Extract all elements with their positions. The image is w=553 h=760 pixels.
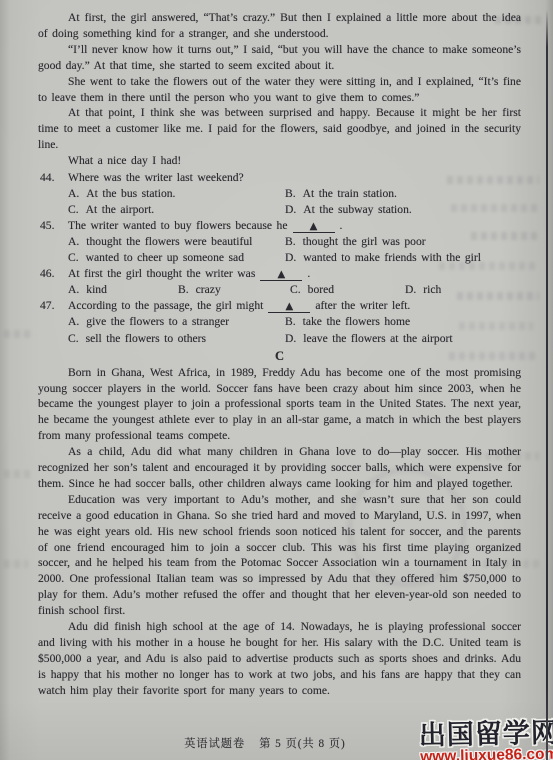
option-label: C. (290, 283, 301, 296)
passage-paragraph: Born in Ghana, West Africa, in 1989, Fre… (38, 365, 521, 445)
bleed-through-smudge (4, 330, 30, 338)
option-label: A. (68, 235, 79, 248)
option-b: B.take the flowers home (285, 314, 410, 330)
question-text: . (340, 219, 343, 232)
option-label: C. (68, 332, 79, 345)
option-label: A. (68, 283, 79, 296)
option-label: D. (285, 332, 296, 345)
passage-c: Born in Ghana, West Africa, in 1989, Fre… (38, 365, 521, 699)
bleed-through-smudge (4, 560, 28, 568)
watermark-site-name: 出国留学网 (419, 720, 553, 749)
question-stem: 45.The writer wanted to buy flowers beca… (38, 218, 521, 234)
option-label: C. (68, 251, 79, 264)
option-d: D.leave the flowers at the airport (285, 331, 453, 347)
option-text: crazy (196, 283, 221, 296)
option-c: C.wanted to cheer up someone sad (68, 250, 285, 266)
question-47: 47.According to the passage, the girl mi… (38, 298, 521, 346)
passage-paragraph: At first, the girl answered, “That’s cra… (38, 10, 521, 42)
question-text: According to the passage, the girl might (68, 299, 263, 312)
option-a: A.At the bus station. (68, 186, 285, 202)
question-44: 44.Where was the writer last weekend? A.… (38, 170, 521, 218)
option-label: A. (68, 315, 79, 328)
option-row: A.kindB.crazyC.boredD.rich (38, 282, 521, 298)
question-stem: 46.At first the girl thought the writer … (38, 266, 521, 282)
answer-blank: ▲ (293, 220, 335, 233)
question-text: At first the girl thought the writer was (68, 267, 255, 280)
exam-title: 英语试题卷 (184, 738, 245, 750)
passage-paragraph: What a nice day I had! (38, 153, 521, 169)
option-label: D. (405, 283, 416, 296)
option-text: At the subway station. (303, 203, 412, 216)
option-label: A. (68, 187, 79, 200)
option-row: A.At the bus station.B.At the train stat… (38, 186, 521, 202)
option-row: A.give the flowers to a strangerB.take t… (38, 314, 521, 330)
passage-paragraph: At that point, I think she was between s… (38, 105, 521, 153)
option-text: wanted to cheer up someone sad (86, 251, 244, 264)
option-text: bored (308, 283, 334, 296)
option-text: At the bus station. (86, 187, 175, 200)
option-label: B. (285, 187, 296, 200)
option-text: wanted to make friends with the girl (303, 251, 481, 264)
page-content: At first, the girl answered, “That’s cra… (38, 10, 521, 699)
option-d: D.wanted to make friends with the girl (285, 250, 481, 266)
question-45: 45.The writer wanted to buy flowers beca… (38, 218, 521, 266)
question-stem: 44.Where was the writer last weekend? (38, 170, 521, 186)
option-text: At the airport. (86, 203, 155, 216)
option-row: C.sell the flowers to othersD.leave the … (38, 331, 521, 347)
option-c: C.sell the flowers to others (68, 331, 285, 347)
option-d: D.rich (405, 282, 441, 298)
option-text: leave the flowers at the airport (303, 332, 452, 345)
option-row: C.At the airport.D.At the subway station… (38, 202, 521, 218)
option-text: At the train station. (303, 187, 397, 200)
site-watermark: 出国留学网 www.liuxue86.com (419, 720, 553, 760)
option-text: give the flowers to a stranger (86, 315, 229, 328)
option-label: B. (285, 315, 296, 328)
page-edge-line (546, 10, 549, 760)
option-label: B. (178, 283, 189, 296)
option-text: kind (86, 283, 107, 296)
option-label: D. (285, 251, 296, 264)
option-d: D.At the subway station. (285, 202, 412, 218)
option-c: C.At the airport. (68, 202, 285, 218)
option-a: A.thought the flowers were beautiful (68, 234, 285, 250)
question-46: 46.At first the girl thought the writer … (38, 266, 521, 298)
question-number: 47. (40, 298, 68, 314)
option-a: A.kind (68, 282, 178, 298)
option-row: A.thought the flowers were beautifulB.th… (38, 234, 521, 250)
question-text: after the writer left. (315, 299, 410, 312)
option-c: C.bored (290, 282, 405, 298)
passage-paragraph: “I’ll never know how it turns out,” I sa… (38, 42, 521, 74)
bleed-through-smudge (4, 470, 30, 478)
option-label: D. (285, 203, 296, 216)
triangle-blank-marker: ▲ (277, 269, 285, 280)
option-b: B.At the train station. (285, 186, 397, 202)
section-c-heading: C (38, 348, 521, 364)
triangle-blank-marker: ▲ (310, 221, 318, 232)
question-stem: 47.According to the passage, the girl mi… (38, 298, 521, 314)
passage-paragraph: Adu did finish high school at the age of… (38, 619, 521, 699)
question-text: The writer wanted to buy flowers because… (68, 219, 288, 232)
question-text: Where was the writer last weekend? (68, 171, 244, 184)
option-text: thought the flowers were beautiful (86, 235, 252, 248)
passage-paragraph: She went to take the flowers out of the … (38, 74, 521, 106)
watermark-site-url: www.liuxue86.com (419, 747, 553, 760)
passage-paragraph: Education was very important to Adu’s mo… (38, 492, 521, 619)
option-label: B. (285, 235, 296, 248)
option-label: C. (68, 203, 79, 216)
option-b: B.thought the girl was poor (285, 234, 426, 250)
question-number: 44. (40, 170, 68, 186)
option-text: sell the flowers to others (86, 332, 206, 345)
question-block: 44.Where was the writer last weekend? A.… (38, 170, 521, 347)
option-b: B.crazy (178, 282, 290, 298)
passage-b: At first, the girl answered, “That’s cra… (38, 10, 521, 169)
option-text: rich (423, 283, 441, 296)
answer-blank: ▲ (260, 268, 302, 281)
option-row: C.wanted to cheer up someone sadD.wanted… (38, 250, 521, 266)
answer-blank: ▲ (268, 300, 310, 313)
passage-paragraph: As a child, Adu did what many children i… (38, 444, 521, 492)
option-text: thought the girl was poor (303, 235, 426, 248)
triangle-blank-marker: ▲ (286, 301, 294, 312)
page-number: 第 5 页(共 8 页) (259, 738, 346, 750)
option-a: A.give the flowers to a stranger (68, 314, 285, 330)
question-text: . (307, 267, 310, 280)
option-text: take the flowers home (303, 315, 411, 328)
question-number: 45. (40, 218, 68, 234)
question-number: 46. (40, 266, 68, 282)
scanned-exam-page: At first, the girl answered, “That’s cra… (0, 0, 553, 760)
